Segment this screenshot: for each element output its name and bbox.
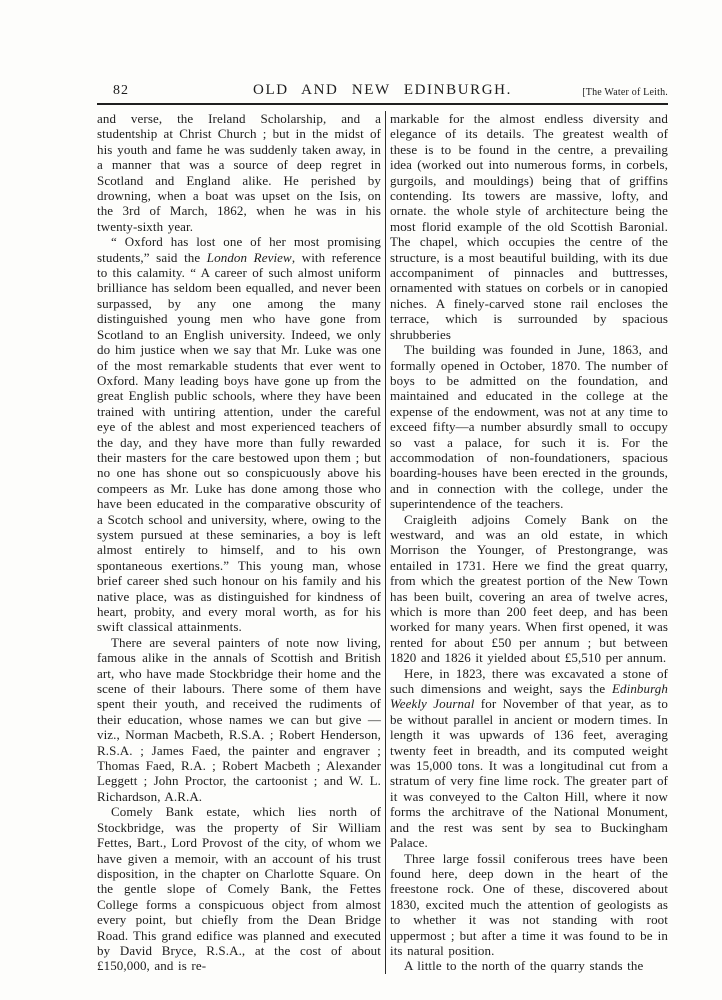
right-column: markable for the almost endless diversit…: [390, 111, 668, 974]
text-run: for November of that year, as to be with…: [390, 696, 668, 850]
text-run: Craigleith adjoins Comely Bank on the we…: [390, 512, 668, 666]
left-column: and verse, the Ireland Scholarship, and …: [97, 111, 381, 974]
header-rule: [97, 103, 668, 105]
paragraph: and verse, the Ireland Scholarship, and …: [97, 111, 381, 234]
paragraph: “ Oxford has lost one of her most promis…: [97, 234, 381, 635]
paragraph: markable for the almost endless diversit…: [390, 111, 668, 342]
paragraph: The building was founded in June, 1863, …: [390, 342, 668, 511]
paragraph: There are several painters of note now l…: [97, 635, 381, 804]
text-columns: and verse, the Ireland Scholarship, and …: [97, 111, 668, 974]
text-run: markable for the almost endless diversit…: [390, 111, 668, 342]
text-run: There are several painters of note now l…: [97, 635, 381, 804]
book-page: 82 OLD AND NEW EDINBURGH. [The Water of …: [0, 0, 722, 1000]
text-run: Three large fossil coniferous trees have…: [390, 851, 668, 958]
page-header: 82 OLD AND NEW EDINBURGH. [The Water of …: [97, 81, 668, 101]
paragraph: Craigleith adjoins Comely Bank on the we…: [390, 512, 668, 666]
text-run: The building was founded in June, 1863, …: [390, 342, 668, 511]
paragraph: Here, in 1823, there was excavated a sto…: [390, 666, 668, 851]
paragraph: Three large fossil coniferous trees have…: [390, 851, 668, 959]
text-run: A little to the north of the quarry stan…: [404, 958, 643, 973]
text-run: Comely Bank estate, which lies north of …: [97, 804, 381, 973]
paragraph: Comely Bank estate, which lies north of …: [97, 804, 381, 973]
text-run: and verse, the Ireland Scholarship, and …: [97, 111, 381, 234]
column-divider: [385, 111, 386, 974]
paragraph: A little to the north of the quarry stan…: [390, 958, 668, 973]
running-note: [The Water of Leith.: [582, 87, 668, 98]
italic-text: London Review: [207, 250, 292, 265]
text-run: , with reference to this calamity. “ A c…: [97, 250, 381, 635]
